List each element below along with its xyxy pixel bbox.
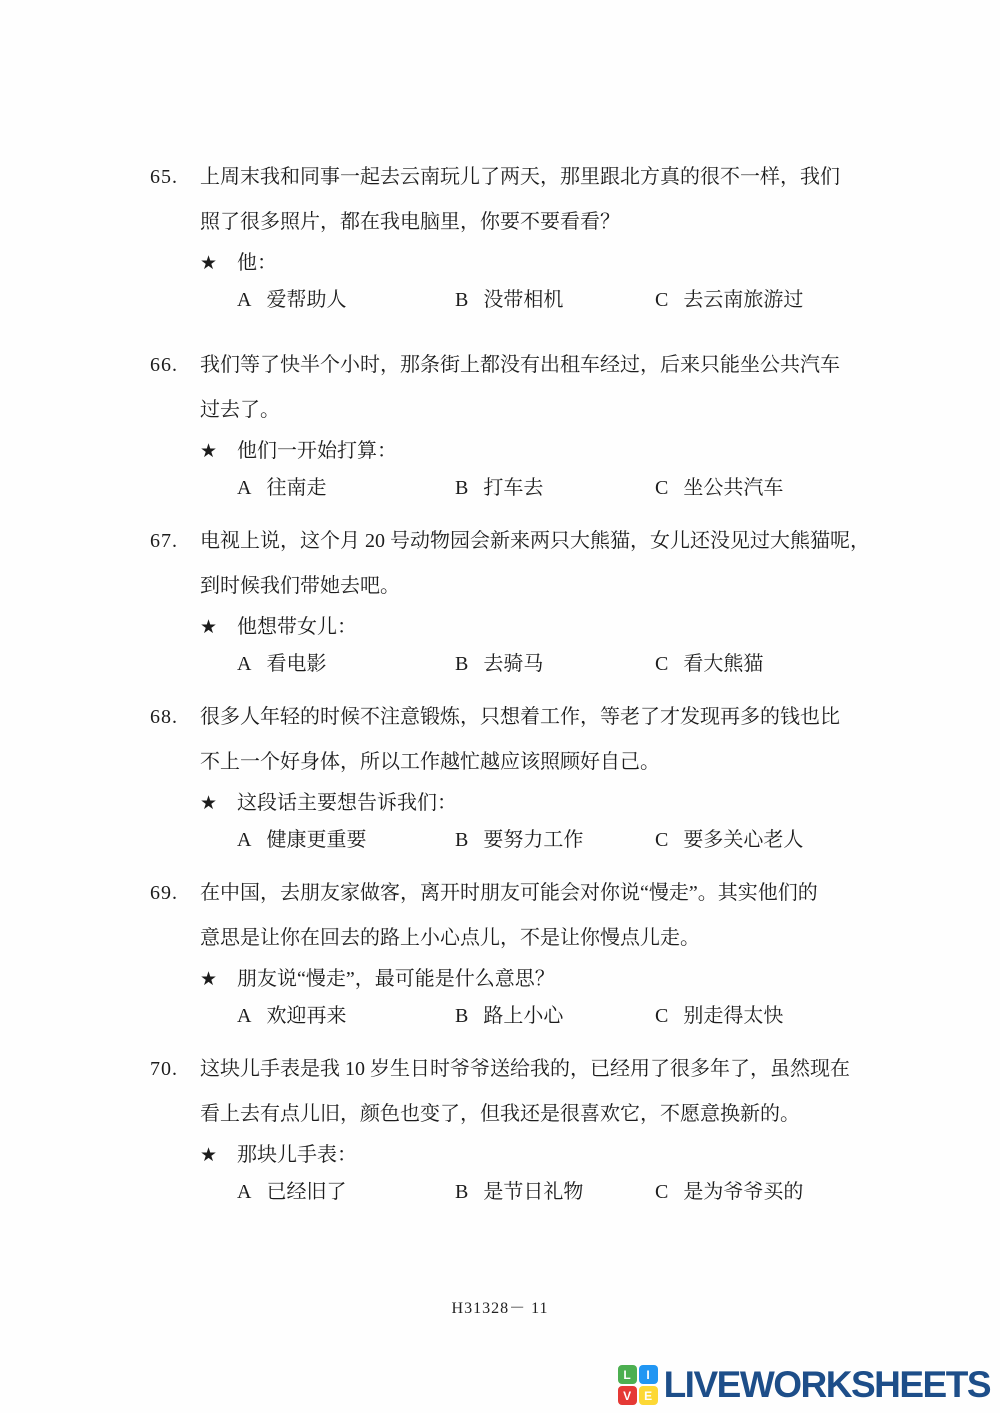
question-65: 65.上周末我和同事一起去云南玩儿了两天，那里跟北方真的很不一样，我们 照了很多… [0, 155, 1000, 319]
option-b: B路上小心 [455, 998, 655, 1035]
option-a: A欢迎再来 [237, 998, 455, 1035]
question-text-line1: 电视上说，这个月 20 号动物园会新来两只大熊猫，女儿还没见过大熊猫呢， [200, 530, 870, 552]
question-67: 67.电视上说，这个月 20 号动物园会新来两只大熊猫，女儿还没见过大熊猫呢， … [0, 519, 1000, 683]
option-c-text: 是为爷爷买的 [683, 1174, 803, 1211]
option-b: B要努力工作 [455, 822, 655, 859]
star-icon: ★ [200, 961, 237, 998]
option-c-text: 要多关心老人 [683, 822, 803, 859]
option-a-text: 欢迎再来 [266, 998, 346, 1035]
liveworksheets-grid-icon: L I V E [618, 1365, 658, 1405]
option-a-label: A [237, 998, 251, 1035]
option-c-label: C [655, 1174, 668, 1211]
question-number: 66. [150, 343, 200, 388]
questions-section: 65.上周末我和同事一起去云南玩儿了两天，那里跟北方真的很不一样，我们 照了很多… [0, 155, 1000, 1223]
option-c-label: C [655, 822, 668, 859]
option-b-text: 去骑马 [483, 646, 543, 683]
option-c-label: C [655, 282, 668, 319]
option-a-label: A [237, 470, 251, 507]
option-c-text: 看大熊猫 [683, 646, 763, 683]
option-a-label: A [237, 282, 251, 319]
question-text-line1: 这块儿手表是我 10 岁生日时爷爷送给我的，已经用了很多年了，虽然现在 [200, 1058, 850, 1080]
option-b-text: 路上小心 [483, 998, 563, 1035]
option-b-text: 打车去 [483, 470, 543, 507]
option-b: B去骑马 [455, 646, 655, 683]
star-icon: ★ [200, 245, 237, 282]
option-b-label: B [455, 822, 468, 859]
option-a-text: 往南走 [266, 470, 326, 507]
option-b-text: 是节日礼物 [483, 1174, 583, 1211]
logo-square-l: L [618, 1365, 637, 1384]
logo-square-i: I [639, 1365, 658, 1384]
question-text-line2: 到时候我们带她去吧。 [200, 575, 400, 597]
star-icon: ★ [200, 1137, 237, 1174]
star-icon: ★ [200, 609, 237, 646]
star-icon: ★ [200, 433, 237, 470]
option-c-text: 坐公共汽车 [683, 470, 783, 507]
question-text-line2: 意思是让你在回去的路上小心点儿，不是让你慢点儿走。 [200, 927, 700, 949]
question-prompt: 朋友说“慢走”，最可能是什么意思？ [237, 968, 555, 990]
option-c-text: 去云南旅游过 [683, 282, 803, 319]
option-b-label: B [455, 646, 468, 683]
question-prompt: 那块儿手表： [237, 1144, 357, 1166]
logo-square-e: E [639, 1386, 658, 1405]
question-text-line2: 不上一个好身体，所以工作越忙越应该照顾好自己。 [200, 751, 660, 773]
option-a: A往南走 [237, 470, 455, 507]
option-a: A健康更重要 [237, 822, 455, 859]
option-a: A看电影 [237, 646, 455, 683]
question-prompt: 他想带女儿： [237, 616, 357, 638]
option-a: A已经旧了 [237, 1174, 455, 1211]
option-a-text: 已经旧了 [266, 1174, 346, 1211]
question-70: 70.这块儿手表是我 10 岁生日时爷爷送给我的，已经用了很多年了，虽然现在 看… [0, 1047, 1000, 1211]
option-c: C是为爷爷买的 [655, 1174, 803, 1211]
option-a-text: 健康更重要 [266, 822, 366, 859]
option-a-label: A [237, 646, 251, 683]
page-footer-code: H31328－ 11 [0, 1295, 1000, 1318]
question-number: 65. [150, 155, 200, 200]
question-text-line1: 上周末我和同事一起去云南玩儿了两天，那里跟北方真的很不一样，我们 [200, 166, 840, 188]
option-c-label: C [655, 470, 668, 507]
option-b: B是节日礼物 [455, 1174, 655, 1211]
option-a-label: A [237, 822, 251, 859]
option-c-text: 别走得太快 [683, 998, 783, 1035]
option-c: C去云南旅游过 [655, 282, 803, 319]
liveworksheets-wordmark: LIVEWORKSHEETS [664, 1364, 990, 1406]
option-b-text: 要努力工作 [483, 822, 583, 859]
question-69: 69.在中国，去朋友家做客，离开时朋友可能会对你说“慢走”。其实他们的 意思是让… [0, 871, 1000, 1035]
star-icon: ★ [200, 785, 237, 822]
question-prompt: 他们一开始打算： [237, 440, 397, 462]
option-a: A爱帮助人 [237, 282, 455, 319]
question-text-line1: 我们等了快半个小时，那条街上都没有出租车经过，后来只能坐公共汽车 [200, 354, 840, 376]
liveworksheets-logo[interactable]: L I V E LIVEWORKSHEETS [618, 1364, 990, 1406]
question-text-line2: 看上去有点儿旧，颜色也变了，但我还是很喜欢它，不愿意换新的。 [200, 1103, 800, 1125]
option-b-label: B [455, 1174, 468, 1211]
option-c: C别走得太快 [655, 998, 783, 1035]
question-text-line2: 照了很多照片，都在我电脑里，你要不要看看？ [200, 211, 620, 233]
question-number: 70. [150, 1047, 200, 1092]
question-prompt: 这段话主要想告诉我们： [237, 792, 457, 814]
option-b: B打车去 [455, 470, 655, 507]
question-number: 68. [150, 695, 200, 740]
option-b-label: B [455, 470, 468, 507]
option-c: C看大熊猫 [655, 646, 763, 683]
question-text-line1: 在中国，去朋友家做客，离开时朋友可能会对你说“慢走”。其实他们的 [200, 882, 818, 904]
question-number: 69. [150, 871, 200, 916]
option-a-text: 看电影 [266, 646, 326, 683]
option-c: C坐公共汽车 [655, 470, 783, 507]
option-c: C要多关心老人 [655, 822, 803, 859]
question-text-line2: 过去了。 [200, 399, 280, 421]
option-b: B没带相机 [455, 282, 655, 319]
option-b-label: B [455, 998, 468, 1035]
option-c-label: C [655, 998, 668, 1035]
option-c-label: C [655, 646, 668, 683]
question-66: 66.我们等了快半个小时，那条街上都没有出租车经过，后来只能坐公共汽车 过去了。… [0, 343, 1000, 507]
question-68: 68.很多人年轻的时候不注意锻炼，只想着工作，等老了才发现再多的钱也比 不上一个… [0, 695, 1000, 859]
option-a-label: A [237, 1174, 251, 1211]
option-a-text: 爱帮助人 [266, 282, 346, 319]
logo-square-v: V [618, 1386, 637, 1405]
question-prompt: 他： [237, 252, 277, 274]
question-text-line1: 很多人年轻的时候不注意锻炼，只想着工作，等老了才发现再多的钱也比 [200, 706, 840, 728]
option-b-label: B [455, 282, 468, 319]
question-number: 67. [150, 519, 200, 564]
worksheet-page: 65.上周末我和同事一起去云南玩儿了两天，那里跟北方真的很不一样，我们 照了很多… [0, 0, 1000, 1413]
option-b-text: 没带相机 [483, 282, 563, 319]
